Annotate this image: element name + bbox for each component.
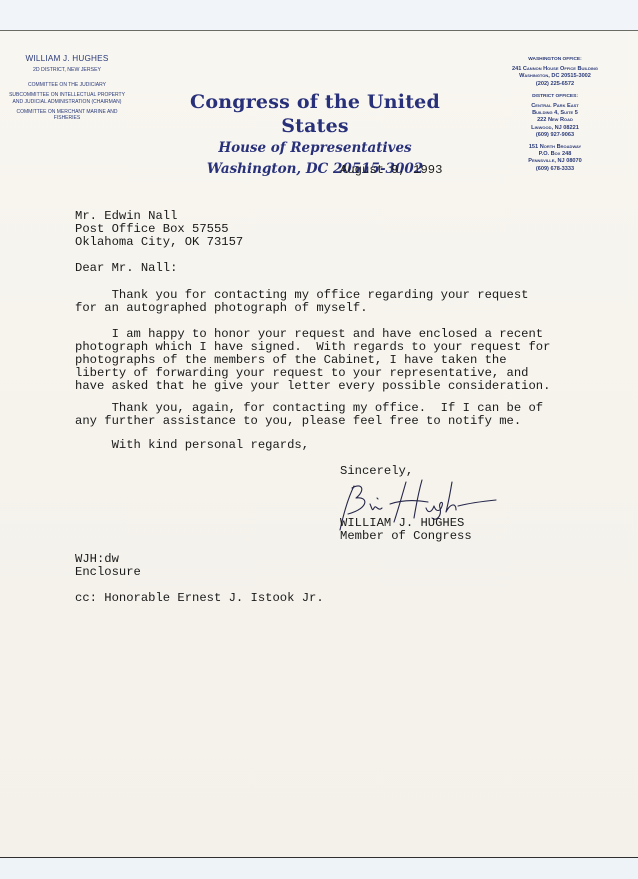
committee-judiciary: COMMITTEE ON THE JUDICIARY bbox=[8, 82, 126, 88]
letterhead-left: WILLIAM J. HUGHES 2D DISTRICT, NEW JERSE… bbox=[8, 54, 126, 125]
address-line: Washington, DC 20515-3002 bbox=[482, 73, 628, 80]
letterhead-title: Congress of the United States bbox=[160, 90, 470, 138]
address-line: Building 4, Suite 5 bbox=[482, 110, 628, 117]
recipient-city: Oklahoma City, OK 73157 bbox=[75, 236, 243, 249]
body-paragraph-1: Thank you for contacting my office regar… bbox=[75, 289, 528, 315]
letterhead-subtitle: House of Representatives bbox=[160, 138, 470, 158]
address-line: Linwood, NJ 08221 bbox=[482, 125, 628, 132]
address-line: 222 New Road bbox=[482, 117, 628, 124]
phone-number: (609) 678-3333 bbox=[482, 166, 628, 173]
body-paragraph-3: Thank you, again, for contacting my offi… bbox=[75, 402, 543, 428]
district-office-pennsville: 151 North Broadway P.O. Box 248 Pennsvil… bbox=[482, 144, 628, 173]
address-line: 241 Cannon House Office Building bbox=[482, 66, 628, 73]
letterhead-right: WASHINGTON OFFICE: 241 Cannon House Offi… bbox=[482, 56, 628, 178]
district-office-linwood: Central Park East Building 4, Suite 5 22… bbox=[482, 103, 628, 139]
closing: Sincerely, bbox=[340, 465, 413, 478]
subcommittee-intellectual-property: SUBCOMMITTEE ON INTELLECTUAL PROPERTY AN… bbox=[8, 92, 126, 105]
congressional-district: 2D DISTRICT, NEW JERSEY bbox=[8, 67, 126, 73]
signer-title: Member of Congress bbox=[340, 530, 472, 543]
congressman-name: WILLIAM J. HUGHES bbox=[8, 54, 126, 63]
letter-date: August 9, 1993 bbox=[340, 164, 442, 177]
washington-office-header: WASHINGTON OFFICE: bbox=[482, 56, 628, 63]
phone-number: (609) 927-9063 bbox=[482, 132, 628, 139]
body-paragraph-2: I am happy to honor your request and hav… bbox=[75, 328, 550, 393]
scan-background-bottom bbox=[0, 857, 638, 879]
scan-background-top bbox=[0, 0, 638, 32]
address-line: 151 North Broadway bbox=[482, 144, 628, 151]
district-offices-header: DISTRICT OFFICES: bbox=[482, 93, 628, 100]
salutation: Dear Mr. Nall: bbox=[75, 262, 177, 275]
enclosure-notation: Enclosure bbox=[75, 566, 141, 579]
body-paragraph-4: With kind personal regards, bbox=[75, 439, 309, 452]
phone-number: (202) 225-6572 bbox=[482, 81, 628, 88]
washington-office-address: 241 Cannon House Office Building Washing… bbox=[482, 66, 628, 88]
address-line: P.O. Box 248 bbox=[482, 151, 628, 158]
address-line: Central Park East bbox=[482, 103, 628, 110]
address-line: Pennsville, NJ 08070 bbox=[482, 158, 628, 165]
committee-merchant-marine: COMMITTEE ON MERCHANT MARINE AND FISHERI… bbox=[8, 109, 126, 122]
cc-notation: cc: Honorable Ernest J. Istook Jr. bbox=[75, 592, 324, 605]
